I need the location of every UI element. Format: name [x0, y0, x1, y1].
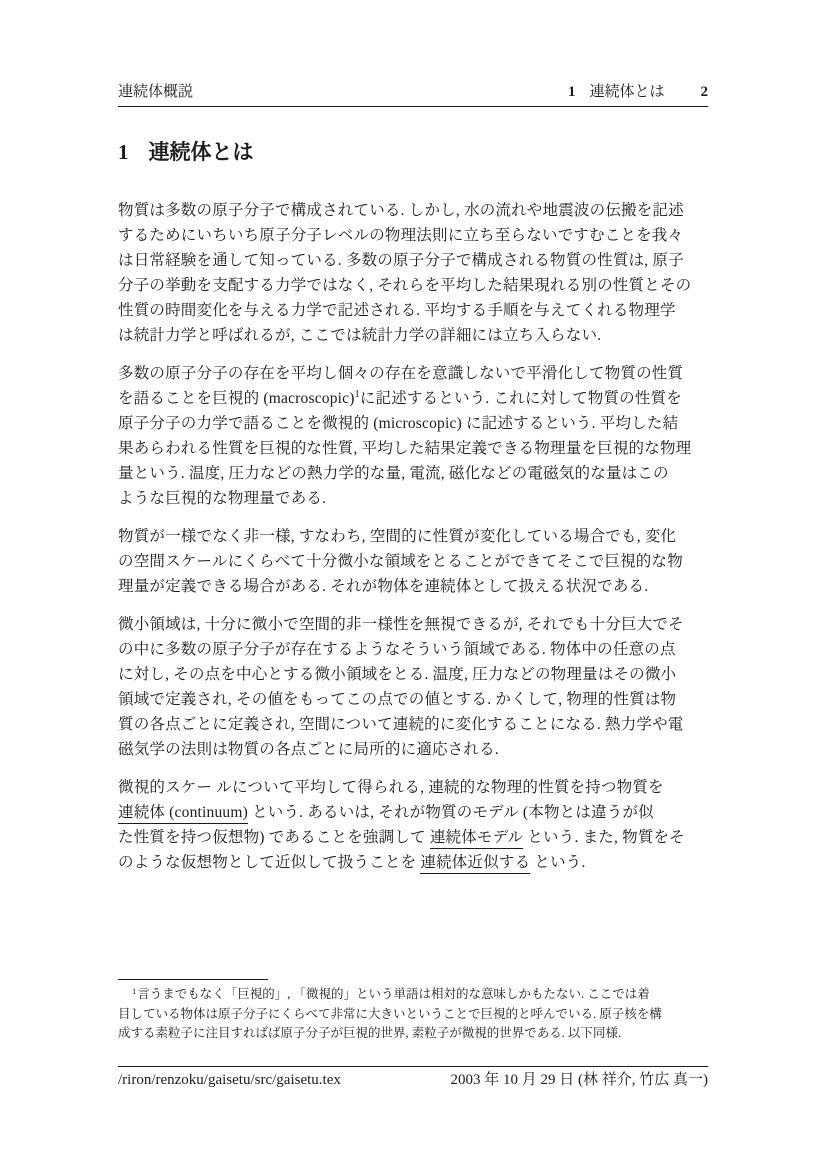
- underlined-term-continuum-approximation: 連続体近似する: [420, 854, 530, 874]
- footnote-text: 言うまでもなく「巨視的」, 「微視的」という単語は相対的な意味しかもたない. こ…: [137, 987, 650, 1001]
- text-segment: という. また, 物質をそ: [523, 829, 685, 846]
- paragraph-5: 微視的スケー ルについて平均して得られる, 連続的な物理的性質を持つ物質を 連続…: [118, 775, 718, 875]
- document-body: 物質は多数の原子分子で構成されている. しかし, 水の流れや地震波の伝搬を記述 …: [118, 198, 718, 888]
- text-segment: を語ることを巨視的 (macroscopic): [118, 390, 355, 407]
- text-line: 物質は多数の原子分子で構成されている. しかし, 水の流れや地震波の伝搬を記述: [118, 198, 718, 223]
- text-line: 物質が一様でなく非一様, すなわち, 空間的に性質が変化している場合でも, 変化: [118, 524, 718, 549]
- text-line: 質の各点ごとに定義され, 空間について連続的に変化することになる. 熱力学や電: [118, 712, 718, 737]
- header-page-number: 2: [701, 83, 709, 101]
- text-segment: という.: [530, 854, 585, 871]
- text-line: 分子の挙動を支配する力学ではなく, それらを平均した結果現れる別の性質とその: [118, 273, 718, 298]
- text-segment: という. あるいは, それが物質のモデル (本物とは違うが似: [248, 804, 654, 821]
- header-rule: [118, 106, 708, 107]
- footnote-line: 1言うまでもなく「巨視的」, 「微視的」という単語は相対的な意味しかもたない. …: [118, 985, 718, 1005]
- text-line: 微視的スケー ルについて平均して得られる, 連続的な物理的性質を持つ物質を: [118, 775, 718, 800]
- text-line: 領域で定義され, その値をもってこの点での値とする. かくして, 物理的性質は物: [118, 687, 718, 712]
- text-line: 理量が定義できる場合がある. それが物体を連続体として扱える状況である.: [118, 574, 718, 599]
- paragraph-1: 物質は多数の原子分子で構成されている. しかし, 水の流れや地震波の伝搬を記述 …: [118, 198, 718, 348]
- page-header: 連続体概説 1 連続体とは 2: [118, 83, 708, 101]
- footer-file-path: /riron/renzoku/gaisetu/src/gaisetu.tex: [118, 1071, 341, 1090]
- text-segment: に記述するという. これに対して物質の性質を: [360, 390, 682, 407]
- text-segment: のような仮想物として近似して扱うことを: [118, 854, 420, 871]
- underlined-term-continuum-model: 連続体モデル: [430, 829, 523, 849]
- text-line: するためにいちいち原子分子レベルの物理法則に立ち至らないですむことを我々: [118, 223, 718, 248]
- footnote-line: 目している物体は原子分子にくらべて非常に大きいということで巨視的と呼んでいる. …: [118, 1005, 718, 1025]
- paragraph-2: 多数の原子分子の存在を平均し個々の存在を意識しないで平滑化して物質の性質 を語る…: [118, 361, 718, 511]
- text-line: の中に多数の原子分子が存在するようなそういう領域である. 物体中の任意の点: [118, 637, 718, 662]
- text-line: は日常経験を通して知っている. 多数の原子分子で構成される物質の性質は, 原子: [118, 248, 718, 273]
- footnote-marker: 1: [132, 986, 136, 996]
- header-document-title: 連続体概説: [118, 83, 193, 101]
- section-number: 1: [118, 140, 129, 164]
- text-line: 磁気学の法則は物質の各点ごとに局所的に適応される.: [118, 737, 718, 762]
- text-line: 多数の原子分子の存在を平均し個々の存在を意識しないで平滑化して物質の性質: [118, 361, 718, 386]
- text-line: のような仮想物として近似して扱うことを 連続体近似する という.: [118, 850, 718, 875]
- paragraph-3: 物質が一様でなく非一様, すなわち, 空間的に性質が変化している場合でも, 変化…: [118, 524, 718, 599]
- paragraph-4: 微小領域は, 十分に微小で空間的非一様性を無視できるが, それでも十分巨大でそ …: [118, 612, 718, 762]
- footnote-block: 1言うまでもなく「巨視的」, 「微視的」という単語は相対的な意味しかもたない. …: [118, 979, 718, 1044]
- footnote-rule: [118, 979, 268, 980]
- footer-date-authors: 2003 年 10 月 29 日 (林 祥介, 竹広 真一): [451, 1071, 709, 1090]
- text-segment: た性質を持つ仮想物) であることを強調して: [118, 829, 430, 846]
- text-line: 原子分子の力学で語ることを微視的 (microscopic) に記述するという.…: [118, 411, 718, 436]
- text-line: た性質を持つ仮想物) であることを強調して 連続体モデル という. また, 物質…: [118, 825, 718, 850]
- header-right-group: 1 連続体とは 2: [568, 83, 708, 101]
- text-line: 果あらわれる性質を巨視的な性質, 平均した結果定義できる物理量を巨視的な物理: [118, 436, 718, 461]
- text-line: ような巨視的な物理量である.: [118, 486, 718, 511]
- section-title: 連続体とは: [149, 140, 254, 164]
- underlined-term-continuum: 連続体 (continuum): [118, 804, 248, 824]
- footer-rule: [118, 1066, 708, 1067]
- text-line: に対し, その点を中心とする微小領域をとる. 温度, 圧力などの物理量はその微小: [118, 662, 718, 687]
- text-line: 微小領域は, 十分に微小で空間的非一様性を無視できるが, それでも十分巨大でそ: [118, 612, 718, 637]
- text-line: は統計力学と呼ばれるが, ここでは統計力学の詳細には立ち入らない.: [118, 323, 718, 348]
- text-line: 連続体 (continuum) という. あるいは, それが物質のモデル (本物…: [118, 800, 718, 825]
- document-page: 連続体概説 1 連続体とは 2 1連続体とは 物質は多数の原子分子で構成されてい…: [0, 0, 826, 1169]
- text-line: 量という. 温度, 圧力などの熱力学的な量, 電流, 磁化などの電磁気的な量はこ…: [118, 461, 718, 486]
- header-section-title: 連続体とは: [589, 83, 664, 101]
- section-heading: 1連続体とは: [118, 138, 254, 166]
- text-line: 性質の時間変化を与える力学で記述される. 平均する手順を与えてくれる物理学: [118, 298, 718, 323]
- text-line: を語ることを巨視的 (macroscopic)1に記述するという. これに対して…: [118, 386, 718, 411]
- header-section-number: 1: [568, 83, 576, 101]
- page-footer: /riron/renzoku/gaisetu/src/gaisetu.tex 2…: [118, 1071, 708, 1090]
- text-line: の空間スケールにくらべて十分微小な領域をとることができてそこで巨視的な物: [118, 549, 718, 574]
- footnote-line: 成する素粒子に注目すればば原子分子が巨視的世界, 素粒子が微視的世界である. 以…: [118, 1024, 718, 1044]
